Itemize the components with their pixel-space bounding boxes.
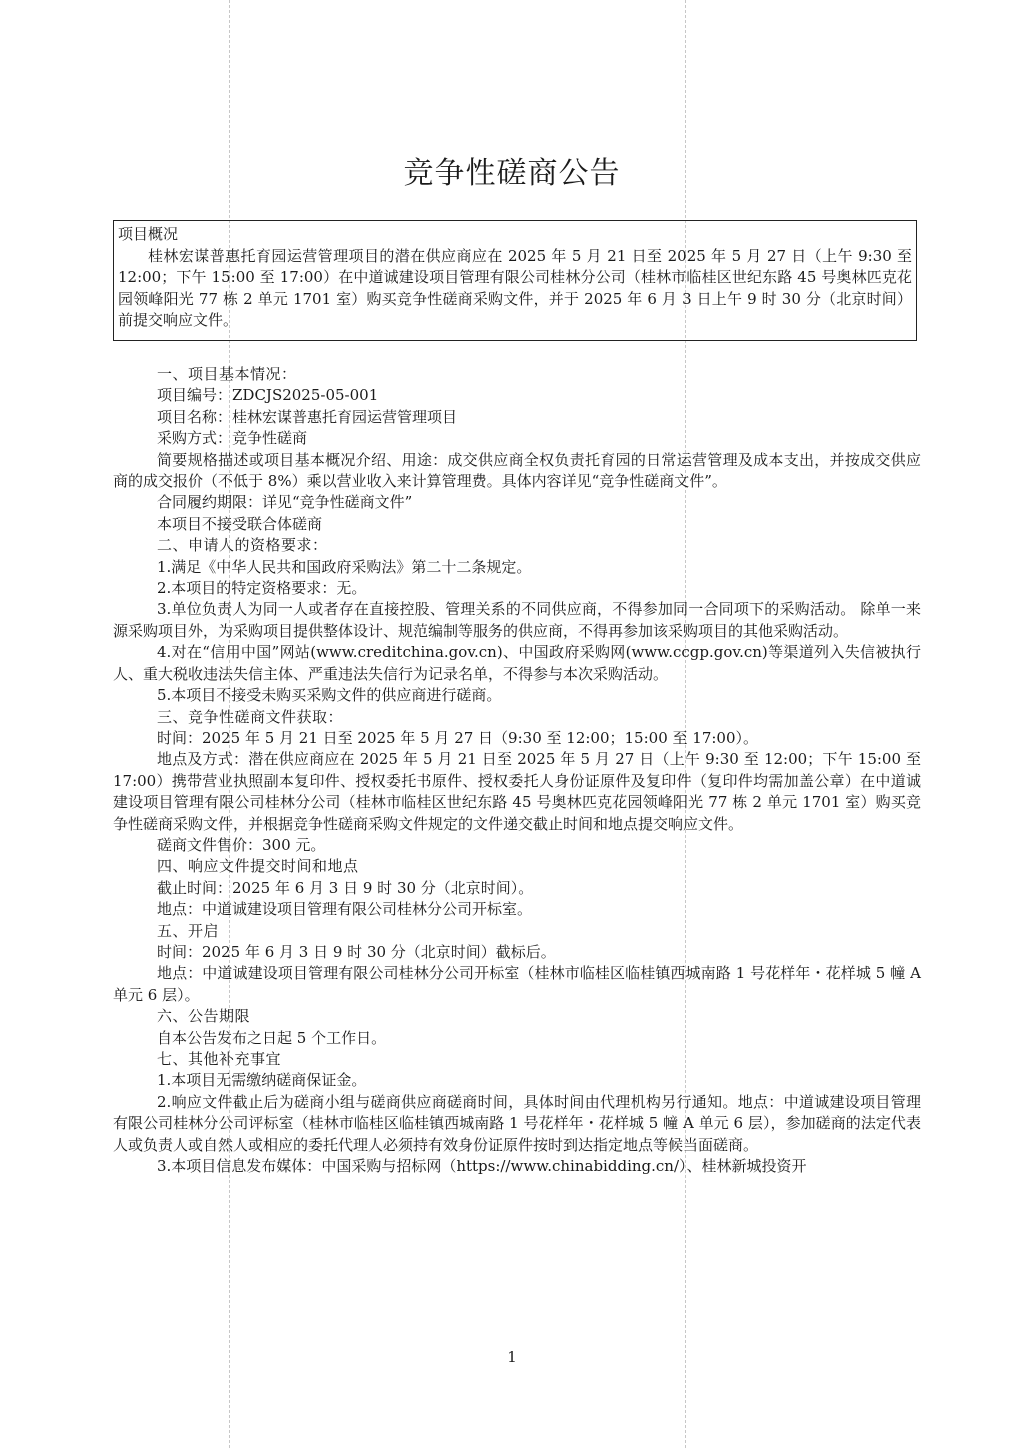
supplementary-item: 1.本项目无需缴纳磋商保证金。 xyxy=(113,1070,921,1091)
supplementary-item: 2.响应文件截止后为磋商小组与磋商供应商磋商时间，具体时间由代理机构另行通知。地… xyxy=(113,1092,921,1156)
qualification-item: 2.本项目的特定资格要求：无。 xyxy=(113,578,921,599)
project-summary-box: 项目概况 桂林宏谋普惠托育园运营管理项目的潜在供应商应在 2025 年 5 月 … xyxy=(113,220,917,341)
section-6-heading: 六、公告期限 xyxy=(113,1006,921,1027)
section-4-heading: 四、响应文件提交时间和地点 xyxy=(113,856,921,877)
qualification-item: 1.满足《中华人民共和国政府采购法》第二十二条规定。 xyxy=(113,557,921,578)
document-acquisition-time: 时间：2025 年 5 月 21 日至 2025 年 5 月 27 日（9:30… xyxy=(113,728,921,749)
page-number: 1 xyxy=(0,1348,1024,1366)
summary-text: 桂林宏谋普惠托育园运营管理项目的潜在供应商应在 2025 年 5 月 21 日至… xyxy=(118,246,912,332)
section-7-heading: 七、其他补充事宜 xyxy=(113,1049,921,1070)
opening-place: 地点：中道诚建设项目管理有限公司桂林分公司开标室（桂林市临桂区临桂镇西城南路 1… xyxy=(113,963,921,1006)
qualification-item: 5.本项目不接受未购买采购文件的供应商进行磋商。 xyxy=(113,685,921,706)
procurement-method: 采购方式：竞争性磋商 xyxy=(113,428,921,449)
section-5-heading: 五、开启 xyxy=(113,921,921,942)
project-name: 项目名称：桂林宏谋普惠托育园运营管理项目 xyxy=(113,407,921,428)
submission-place: 地点：中道诚建设项目管理有限公司桂林分公司开标室。 xyxy=(113,899,921,920)
project-description: 简要规格描述或项目基本概况介绍、用途：成交供应商全权负责托育园的日常运营管理及成… xyxy=(113,450,921,493)
section-3-heading: 三、竞争性磋商文件获取： xyxy=(113,707,921,728)
document-body: 一、项目基本情况： 项目编号：ZDCJS2025-05-001 项目名称：桂林宏… xyxy=(113,364,921,1177)
section-2-heading: 二、申请人的资格要求： xyxy=(113,535,921,556)
project-number: 项目编号：ZDCJS2025-05-001 xyxy=(113,385,921,406)
section-1-heading: 一、项目基本情况： xyxy=(113,364,921,385)
contract-period: 合同履约期限：详见“竞争性磋商文件” xyxy=(113,492,921,513)
document-price: 磋商文件售价：300 元。 xyxy=(113,835,921,856)
qualification-item: 4.对在“信用中国”网站(www.creditchina.gov.cn)、中国政… xyxy=(113,642,921,685)
qualification-item: 3.单位负责人为同一人或者存在直接控股、管理关系的不同供应商，不得参加同一合同项… xyxy=(113,599,921,642)
submission-deadline: 截止时间：2025 年 6 月 3 日 9 时 30 分（北京时间）。 xyxy=(113,878,921,899)
opening-time: 时间：2025 年 6 月 3 日 9 时 30 分（北京时间）截标后。 xyxy=(113,942,921,963)
document-acquisition-place: 地点及方式：潜在供应商应在 2025 年 5 月 21 日至 2025 年 5 … xyxy=(113,749,921,835)
supplementary-item: 3.本项目信息发布媒体：中国采购与招标网（https://www.chinabi… xyxy=(113,1156,921,1177)
summary-heading: 项目概况 xyxy=(118,224,912,246)
announcement-period: 自本公告发布之日起 5 个工作日。 xyxy=(113,1028,921,1049)
consortium-note: 本项目不接受联合体磋商 xyxy=(113,514,921,535)
page-title: 竞争性磋商公告 xyxy=(0,148,1024,192)
